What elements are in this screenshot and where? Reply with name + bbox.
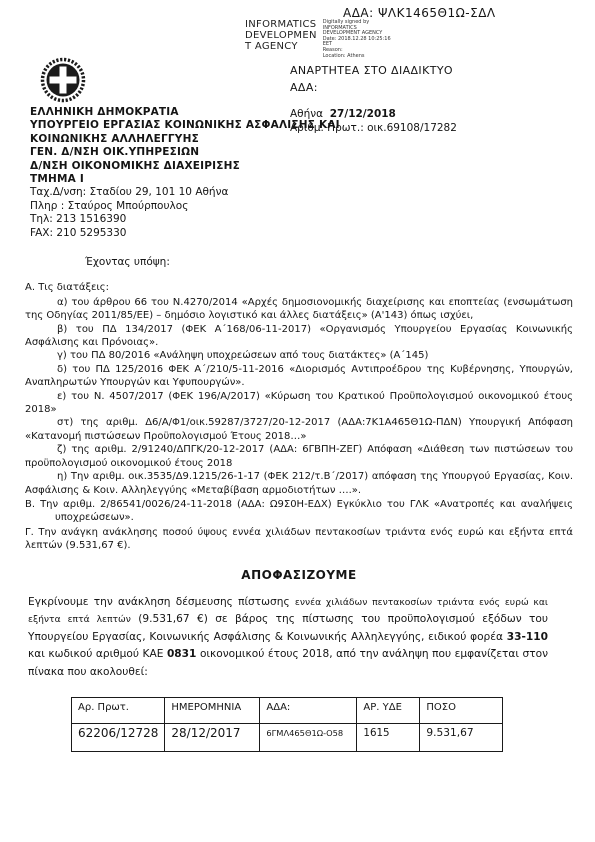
- cell-yde: 1615: [357, 724, 420, 752]
- kae-code: 0831: [167, 648, 197, 660]
- letterhead-line: ΤΜΗΜΑ Ι: [30, 173, 340, 186]
- provision-item-z: ζ) της αριθμ. 2/91240/ΔΠΓΚ/20-12-2017 (Α…: [25, 443, 573, 470]
- ada-blank-label: ΑΔΑ:: [290, 81, 318, 94]
- provision-item-b: β) του ΠΔ 134/2017 (ΦΕΚ Α΄168/06-11-2017…: [25, 323, 573, 350]
- section-b: Β. Την αριθμ. 2/86541/0026/24-11-2018 (Α…: [25, 498, 573, 525]
- fax-number: FAX: 210 5295330: [30, 227, 340, 240]
- publish-notice: ΑΝΑΡΤΗΤΕΑ ΣΤΟ ΔΙΑΔΙΚΤΥΟ: [290, 64, 453, 77]
- intro-phrase: Έχοντας υπόψη:: [85, 256, 573, 269]
- city-label: Αθήνα: [290, 108, 323, 120]
- issue-date: 27/12/2018: [330, 108, 396, 120]
- digital-signature-stamp: INFORMATICS DEVELOPMEN T AGENCY Digitall…: [245, 19, 391, 59]
- table-row: 62206/12728 28/12/2017 6ΓΜΛ465Θ1Ω-Ο58 16…: [72, 724, 503, 752]
- col-header-protocol: Αρ. Πρωτ.: [72, 698, 165, 724]
- section-a-title: Α. Τις διατάξεις:: [25, 281, 573, 294]
- commitment-table: Αρ. Πρωτ. ΗΜΕΡΟΜΗΝΙΑ ΑΔΑ: ΑΡ. ΥΔΕ ΠΟΣΟ 6…: [71, 697, 503, 752]
- postal-address: Ταχ.Δ/νση: Σταδίου 29, 101 10 Αθήνα: [30, 186, 340, 199]
- table-header-row: Αρ. Πρωτ. ΗΜΕΡΟΜΗΝΙΑ ΑΔΑ: ΑΡ. ΥΔΕ ΠΟΣΟ: [72, 698, 503, 724]
- decision-heading: ΑΠΟΦΑΣΙΖΟΥΜΕ: [25, 569, 573, 582]
- special-entity-code: 33-110: [507, 631, 548, 643]
- decision-text: και κωδικού αριθμού ΚΑΕ: [28, 648, 167, 660]
- protocol-number: Αριθμ. Πρωτ.: οικ.69108/17282: [290, 122, 457, 136]
- provision-item-c: γ) του ΠΔ 80/2016 «Ανάληψη υποχρεώσεων α…: [25, 349, 573, 362]
- protocol-block: Αθήνα 27/12/2018 Αριθμ. Πρωτ.: οικ.69108…: [290, 108, 457, 135]
- provision-item-e: ε) του Ν. 4507/2017 (ΦΕΚ 196/Α/2017) «Κύ…: [25, 390, 573, 417]
- cell-amount: 9.531,67: [420, 724, 503, 752]
- col-header-ada: ΑΔΑ:: [260, 698, 357, 724]
- issue-date-line: Αθήνα 27/12/2018: [290, 108, 457, 122]
- col-header-amount: ΠΟΣΟ: [420, 698, 503, 724]
- letterhead-line: Δ/ΝΣΗ ΟΙΚΟΝΟΜΙΚΗΣ ΔΙΑΧΕΙΡΙΣΗΣ: [30, 160, 340, 173]
- provision-item-d: δ) του ΠΔ 125/2016 ΦΕΚ Α΄/210/5-11-2016 …: [25, 363, 573, 390]
- decision-text: Εγκρίνουμε την ανάκληση δέσμευσης πίστωσ…: [28, 596, 295, 608]
- cell-protocol: 62206/12728: [72, 724, 165, 752]
- contact-person: Πληρ : Σταύρος Μπούρπουλος: [30, 200, 340, 213]
- signature-agency-name: INFORMATICS DEVELOPMEN T AGENCY: [245, 19, 317, 59]
- col-header-date: ΗΜΕΡΟΜΗΝΙΑ: [165, 698, 260, 724]
- section-c: Γ. Την ανάγκη ανάκλησης ποσού ύψους εννέ…: [25, 526, 573, 553]
- provision-item-st: στ) της αριθμ. Δ6/Α/Φ1/οικ.59287/3727/20…: [25, 416, 573, 443]
- ada-code-header: ΑΔΑ: ΨΛΚ1465Θ1Ω-ΣΔΛ: [343, 6, 496, 20]
- document-body: Έχοντας υπόψη: Α. Τις διατάξεις: α) του …: [25, 256, 573, 752]
- document-page: ΑΔΑ: ΨΛΚ1465Θ1Ω-ΣΔΛ INFORMATICS DEVELOPM…: [0, 0, 595, 842]
- signature-details: Digitally signed by INFORMATICS DEVELOPM…: [323, 19, 391, 59]
- decision-paragraph: Εγκρίνουμε την ανάκληση δέσμευσης πίστωσ…: [28, 594, 548, 682]
- col-header-yde: ΑΡ. ΥΔΕ: [357, 698, 420, 724]
- phone-number: Τηλ: 213 1516390: [30, 213, 340, 226]
- letterhead-line: ΓΕΝ. Δ/ΝΣΗ ΟΙΚ.ΥΠΗΡΕΣΙΩΝ: [30, 146, 340, 159]
- provision-item-h: η) Την αριθμ. οικ.3535/Δ9.1215/26-1-17 (…: [25, 470, 573, 497]
- provision-item-a: α) του άρθρου 66 του Ν.4270/2014 «Αρχές …: [25, 296, 573, 323]
- greek-coat-of-arms-icon: [40, 56, 86, 108]
- cell-ada: 6ΓΜΛ465Θ1Ω-Ο58: [260, 724, 357, 752]
- cell-date: 28/12/2017: [165, 724, 260, 752]
